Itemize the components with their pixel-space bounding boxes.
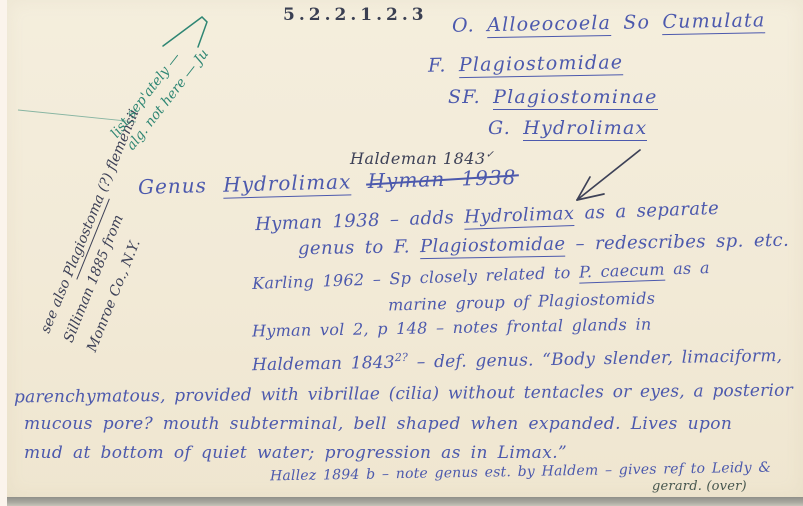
haldeman1843-text-a: Haldeman 1843 xyxy=(252,353,395,375)
superorder-rank: So xyxy=(611,11,663,34)
inserted-author-text: Haldeman 1843 xyxy=(350,149,486,168)
header-genus-line: G. Hydrolimax xyxy=(488,117,647,139)
hyman1938-text-c: genus to F. xyxy=(298,236,420,259)
genus-heading-taxon: Hydrolimax xyxy=(223,169,352,198)
struck-author: Hyman 1938 xyxy=(367,165,516,193)
hyman1938-taxon2: Plagiostomidae xyxy=(420,234,566,260)
header-subfamily-line: SF. Plagiostominae xyxy=(448,86,658,108)
haldeman1843-superscript: 2? xyxy=(395,351,409,364)
superorder-taxon: Cumulata xyxy=(662,9,765,35)
entry-hallez1894-line2: gerard. (over) xyxy=(652,479,747,494)
hyman1938-taxon: Hydrolimax xyxy=(464,203,575,230)
order-taxon: Alloeocoela xyxy=(487,12,611,38)
header-order-line: O. Alloeocoela So Cumulata xyxy=(452,9,766,36)
subfamily-taxon: Plagiostominae xyxy=(493,86,657,110)
karling1962-text-b: as a xyxy=(664,258,710,279)
genus-heading-label: Genus xyxy=(138,173,224,199)
genus-rank: G. xyxy=(488,117,523,139)
subfamily-rank: SF. xyxy=(448,86,493,108)
quote-line3: mucous pore? mouth subterminal, bell sha… xyxy=(24,414,732,434)
scanned-index-card-page: 5.2.2.1.2.3 O. Alloeocoela So Cumulata F… xyxy=(0,0,803,506)
insertion-check-mark: ✓ xyxy=(486,150,495,161)
family-rank: F. xyxy=(428,54,459,77)
header-family-line: F. Plagiostomidae xyxy=(428,51,624,76)
card-bottom-edge xyxy=(7,497,803,506)
genus-taxon: Hydrolimax xyxy=(523,117,647,141)
catalog-number: 5.2.2.1.2.3 xyxy=(283,5,428,25)
karling1962-taxon: P. caecum xyxy=(579,260,665,284)
inserted-author-correction: Haldeman 1843✓ xyxy=(350,149,495,168)
quote-line4: mud at bottom of quiet water; progressio… xyxy=(24,443,567,463)
hyman1938-text-d: – redescribes sp. etc. xyxy=(565,230,789,255)
order-rank: O. xyxy=(452,14,488,37)
family-taxon: Plagiostomidae xyxy=(459,51,624,78)
